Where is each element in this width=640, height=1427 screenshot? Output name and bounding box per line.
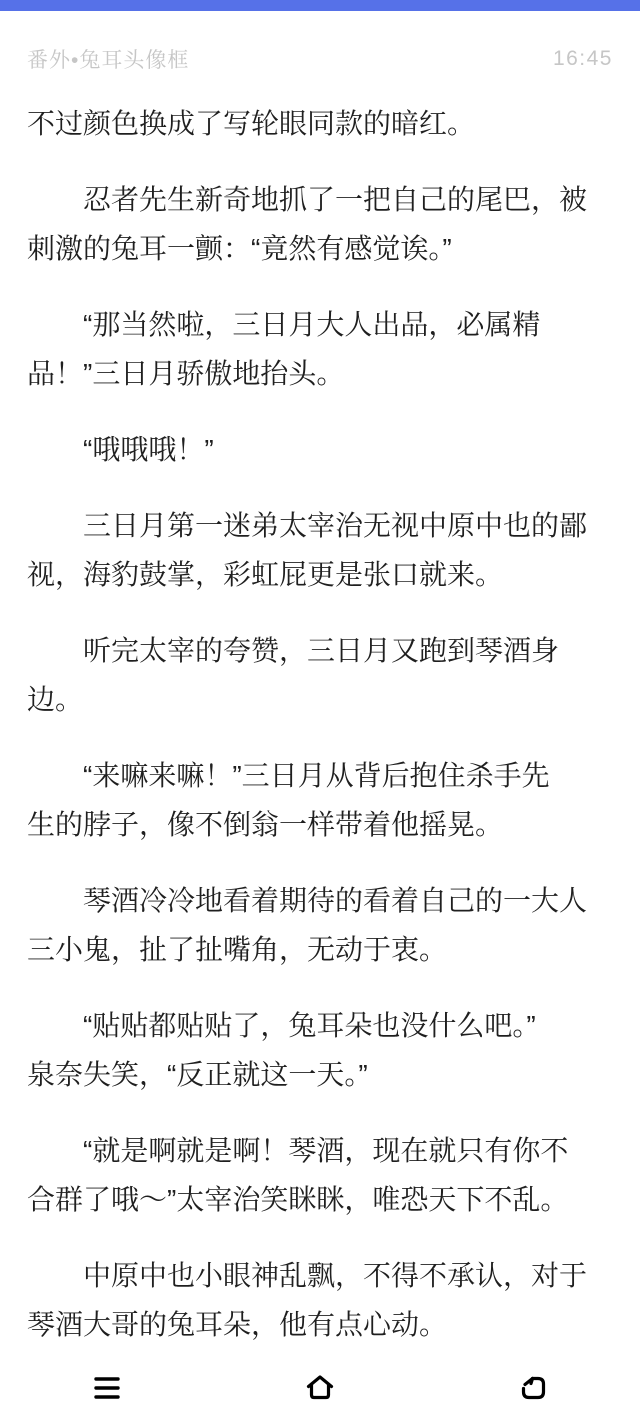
reader-header: 番外•兔耳头像框 16:45 bbox=[27, 44, 613, 74]
clock-time: 16:45 bbox=[553, 47, 613, 71]
paragraph: “那当然啦，三日月大人出品，必属精 品！”三日月骄傲地抬头。 bbox=[27, 300, 613, 398]
reader-screen: 番外•兔耳头像框 16:45 不过颜色换成了写轮眼同款的暗红。忍者先生新奇地抓了… bbox=[0, 0, 640, 1427]
paragraph: 琴酒冷冷地看着期待的看着自己的一大人 三小鬼，扯了扯嘴角，无动于衷。 bbox=[27, 876, 613, 974]
paragraph: 三日月第一迷弟太宰治无视中原中也的鄙 视，海豹鼓掌，彩虹屁更是张口就来。 bbox=[27, 501, 613, 599]
paragraph: “哦哦哦！” bbox=[27, 425, 613, 474]
paragraph: 忍者先生新奇地抓了一把自己的尾巴，被 刺激的兔耳一颤：“竟然有感觉诶。” bbox=[27, 175, 613, 273]
status-accent-bar bbox=[0, 0, 640, 11]
paragraph: 听完太宰的夸赞，三日月又跑到琴酒身 边。 bbox=[27, 626, 613, 724]
android-navbar bbox=[0, 1362, 640, 1414]
home-button[interactable] bbox=[213, 1362, 426, 1414]
paragraph: 不过颜色换成了写轮眼同款的暗红。 bbox=[27, 99, 613, 148]
menu-button[interactable] bbox=[0, 1362, 213, 1414]
chapter-content[interactable]: 不过颜色换成了写轮眼同款的暗红。忍者先生新奇地抓了一把自己的尾巴，被 刺激的兔耳… bbox=[27, 99, 613, 1376]
menu-icon bbox=[93, 1374, 121, 1402]
back-button[interactable] bbox=[427, 1362, 640, 1414]
home-icon bbox=[306, 1374, 334, 1402]
paragraph: “就是啊就是啊！琴酒，现在就只有你不 合群了哦～”太宰治笑眯眯，唯恐天下不乱。 bbox=[27, 1126, 613, 1224]
back-icon bbox=[519, 1374, 547, 1402]
paragraph: “贴贴都贴贴了，兔耳朵也没什么吧。” 泉奈失笑，“反正就这一天。” bbox=[27, 1001, 613, 1099]
chapter-title: 番外•兔耳头像框 bbox=[27, 44, 189, 74]
paragraph: “来嘛来嘛！”三日月从背后抱住杀手先 生的脖子，像不倒翁一样带着他摇晃。 bbox=[27, 751, 613, 849]
paragraph: 中原中也小眼神乱飘，不得不承认，对于 琴酒大哥的兔耳朵，他有点心动。 bbox=[27, 1251, 613, 1349]
